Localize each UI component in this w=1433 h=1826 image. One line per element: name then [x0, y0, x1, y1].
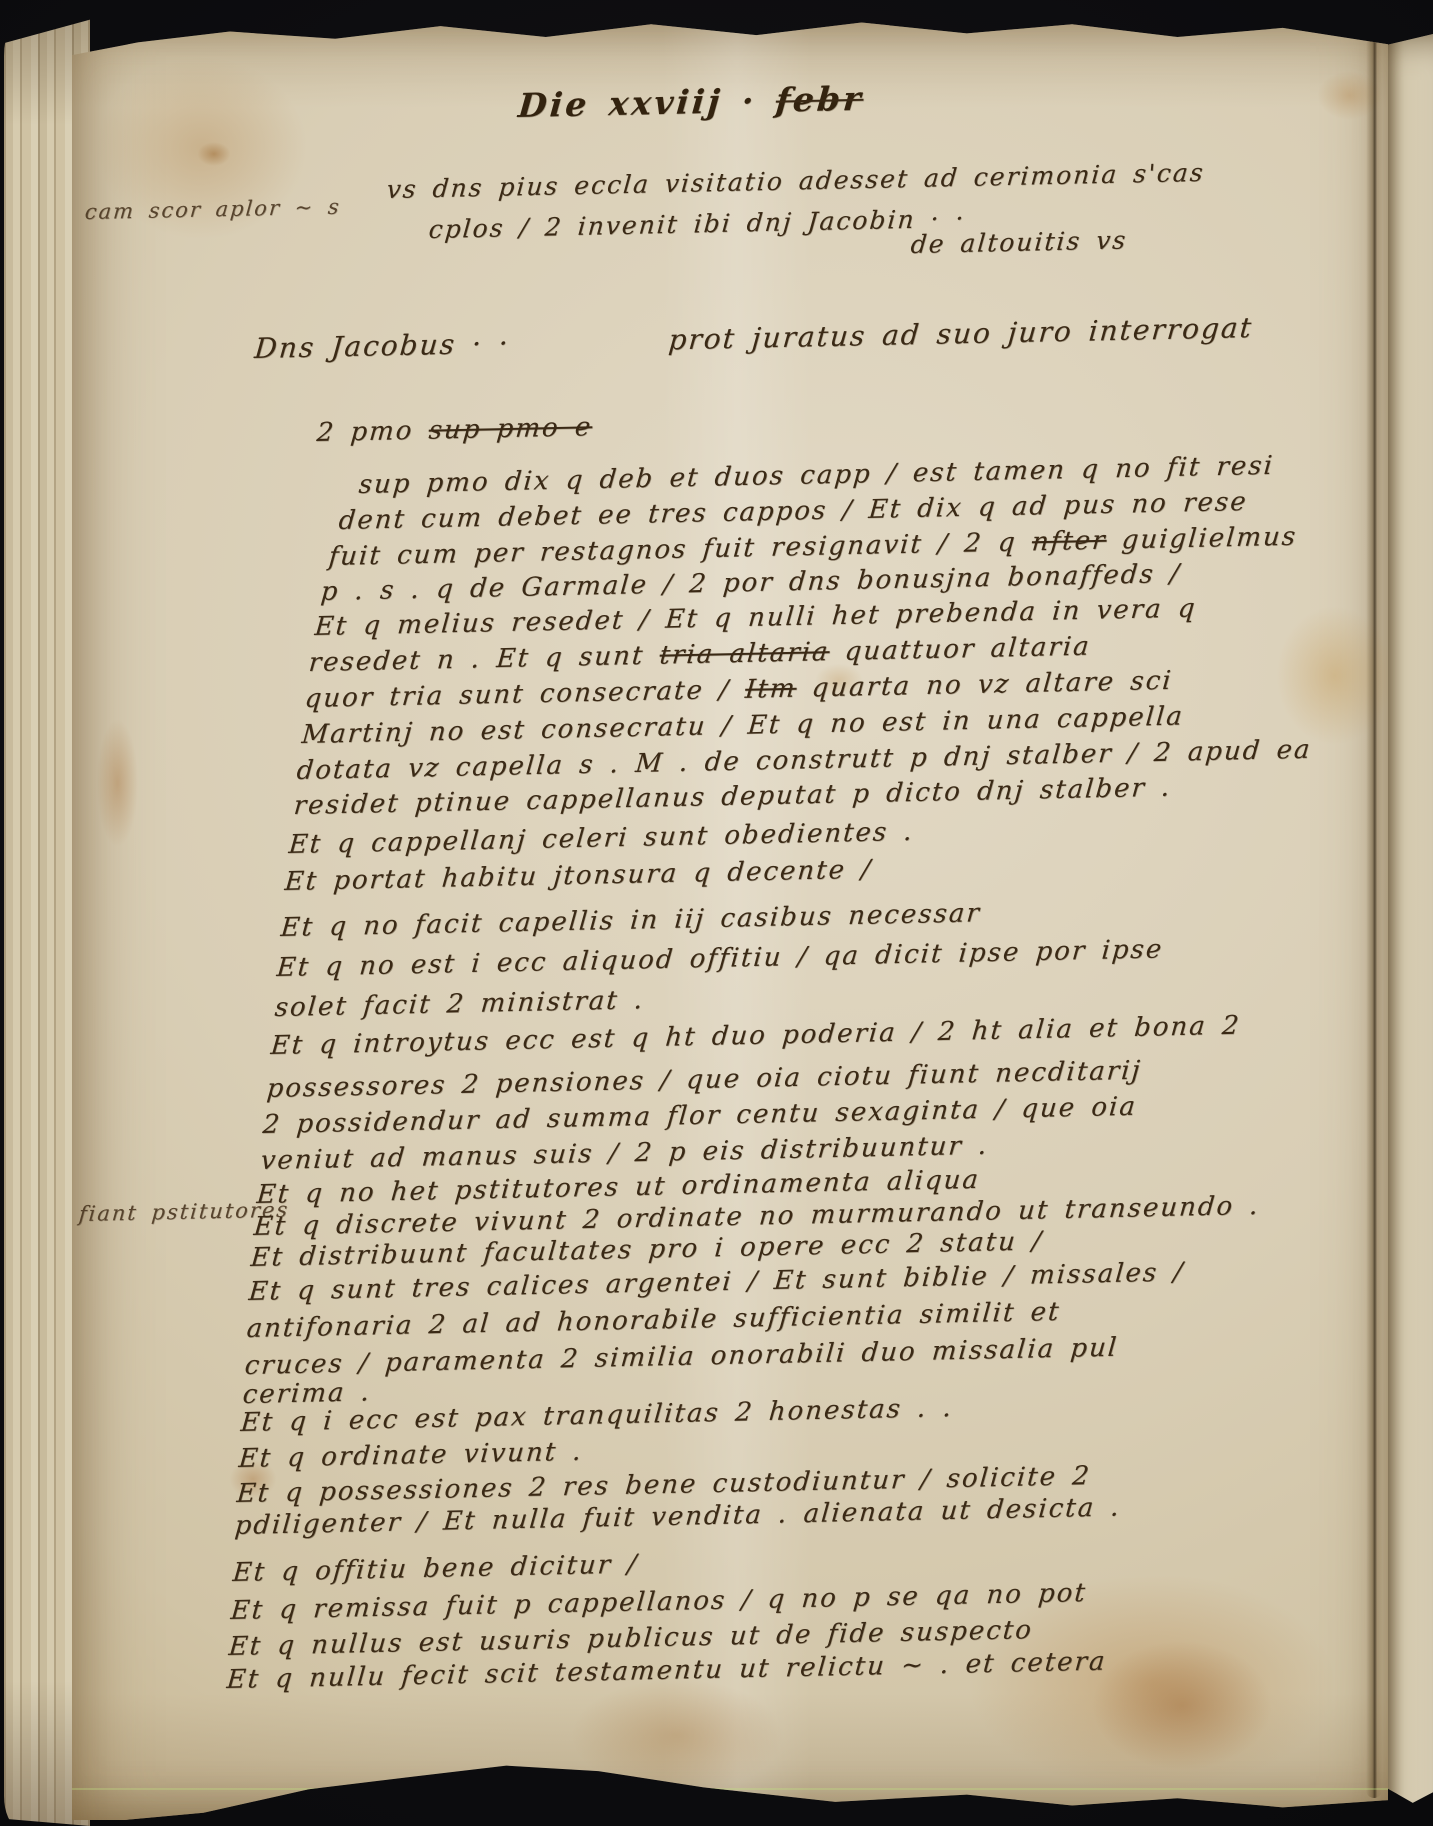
handwritten-text: quarta no vz altare sci: [795, 666, 1174, 704]
handwritten-text: 2 pmo: [315, 416, 430, 448]
handwritten-text: de altouitis vs: [910, 225, 1129, 259]
struck-text: tria altaria: [658, 637, 830, 671]
photo-background: Die xxviij · febrcam scor aplor ~ svs dn…: [0, 0, 1433, 1826]
handwritten-text: guiglielmus: [1105, 522, 1298, 556]
handwritten-text: Et q no facit capellis in iij casibus ne…: [279, 898, 982, 943]
handwritten-text: Et q no est i ecc aliquod offitiu / qa d…: [275, 934, 1164, 983]
statement-3: Et q no facit capellis in iij casibus ne…: [279, 898, 982, 943]
handwritten-text: Et portat habitu jtonsura q decente /: [283, 855, 873, 897]
statement-4: Et q no est i ecc aliquod offitiu / qa d…: [275, 934, 1164, 983]
handwritten-text: cam scor aplor ~ s: [84, 195, 342, 224]
struck-text: Itm: [744, 674, 798, 705]
statement-13: Et q offitiu bene dicitur /: [231, 1550, 639, 1589]
manuscript-page: Die xxviij · febrcam scor aplor ~ svs dn…: [72, 8, 1388, 1820]
statement-11: Et q ordinate vivunt .: [237, 1437, 584, 1474]
handwritten-text: resedet n . Et q sunt: [307, 641, 660, 678]
handwritten-text: Die xxviij ·: [517, 81, 778, 125]
header-line-2: cplos / 2 invenit ibi dnj Jacobin · ·: [428, 204, 967, 244]
struck-text: nfter: [1031, 526, 1108, 558]
body-opening: Dns Jacobus · · prot juratus ad suo juro…: [253, 311, 1254, 365]
handwritten-text: quattuor altaria: [828, 632, 1092, 668]
body-crossed: 2 pmo sup pmo e: [315, 412, 593, 448]
statement-4b: solet facit 2 ministrat .: [273, 985, 645, 1023]
handwritten-text: Dns Jacobus · · prot juratus ad suo juro…: [253, 311, 1254, 365]
header-right: de altouitis vs: [910, 225, 1129, 259]
handwritten-text: Et q offitiu bene dicitur /: [231, 1550, 639, 1589]
text-layer: Die xxviij · febrcam scor aplor ~ svs dn…: [72, 8, 1388, 1820]
handwritten-text: vs dns pius eccla visitatio adesset ad c…: [386, 158, 1206, 204]
margin-note-1: cam scor aplor ~ s: [84, 195, 342, 224]
handwritten-text: cplos / 2 invenit ibi dnj Jacobin · ·: [428, 204, 967, 244]
handwritten-text: Et q ordinate vivunt .: [237, 1437, 584, 1474]
struck-text: febr: [774, 79, 865, 120]
handwritten-text: quor tria sunt consecrate /: [303, 675, 746, 714]
heading-date: Die xxviij · febr: [517, 79, 866, 125]
handwritten-text: solet facit 2 ministrat .: [273, 985, 645, 1023]
handwritten-text: Et q cappellanj celeri sunt obedientes .: [287, 817, 915, 860]
statement-1: Et q cappellanj celeri sunt obedientes .: [287, 817, 915, 860]
adjacent-page-edge: [1388, 34, 1433, 1810]
struck-text: sup pmo e: [427, 412, 593, 445]
header-line-1: vs dns pius eccla visitatio adesset ad c…: [386, 158, 1206, 204]
statement-2: Et portat habitu jtonsura q decente /: [283, 855, 873, 897]
